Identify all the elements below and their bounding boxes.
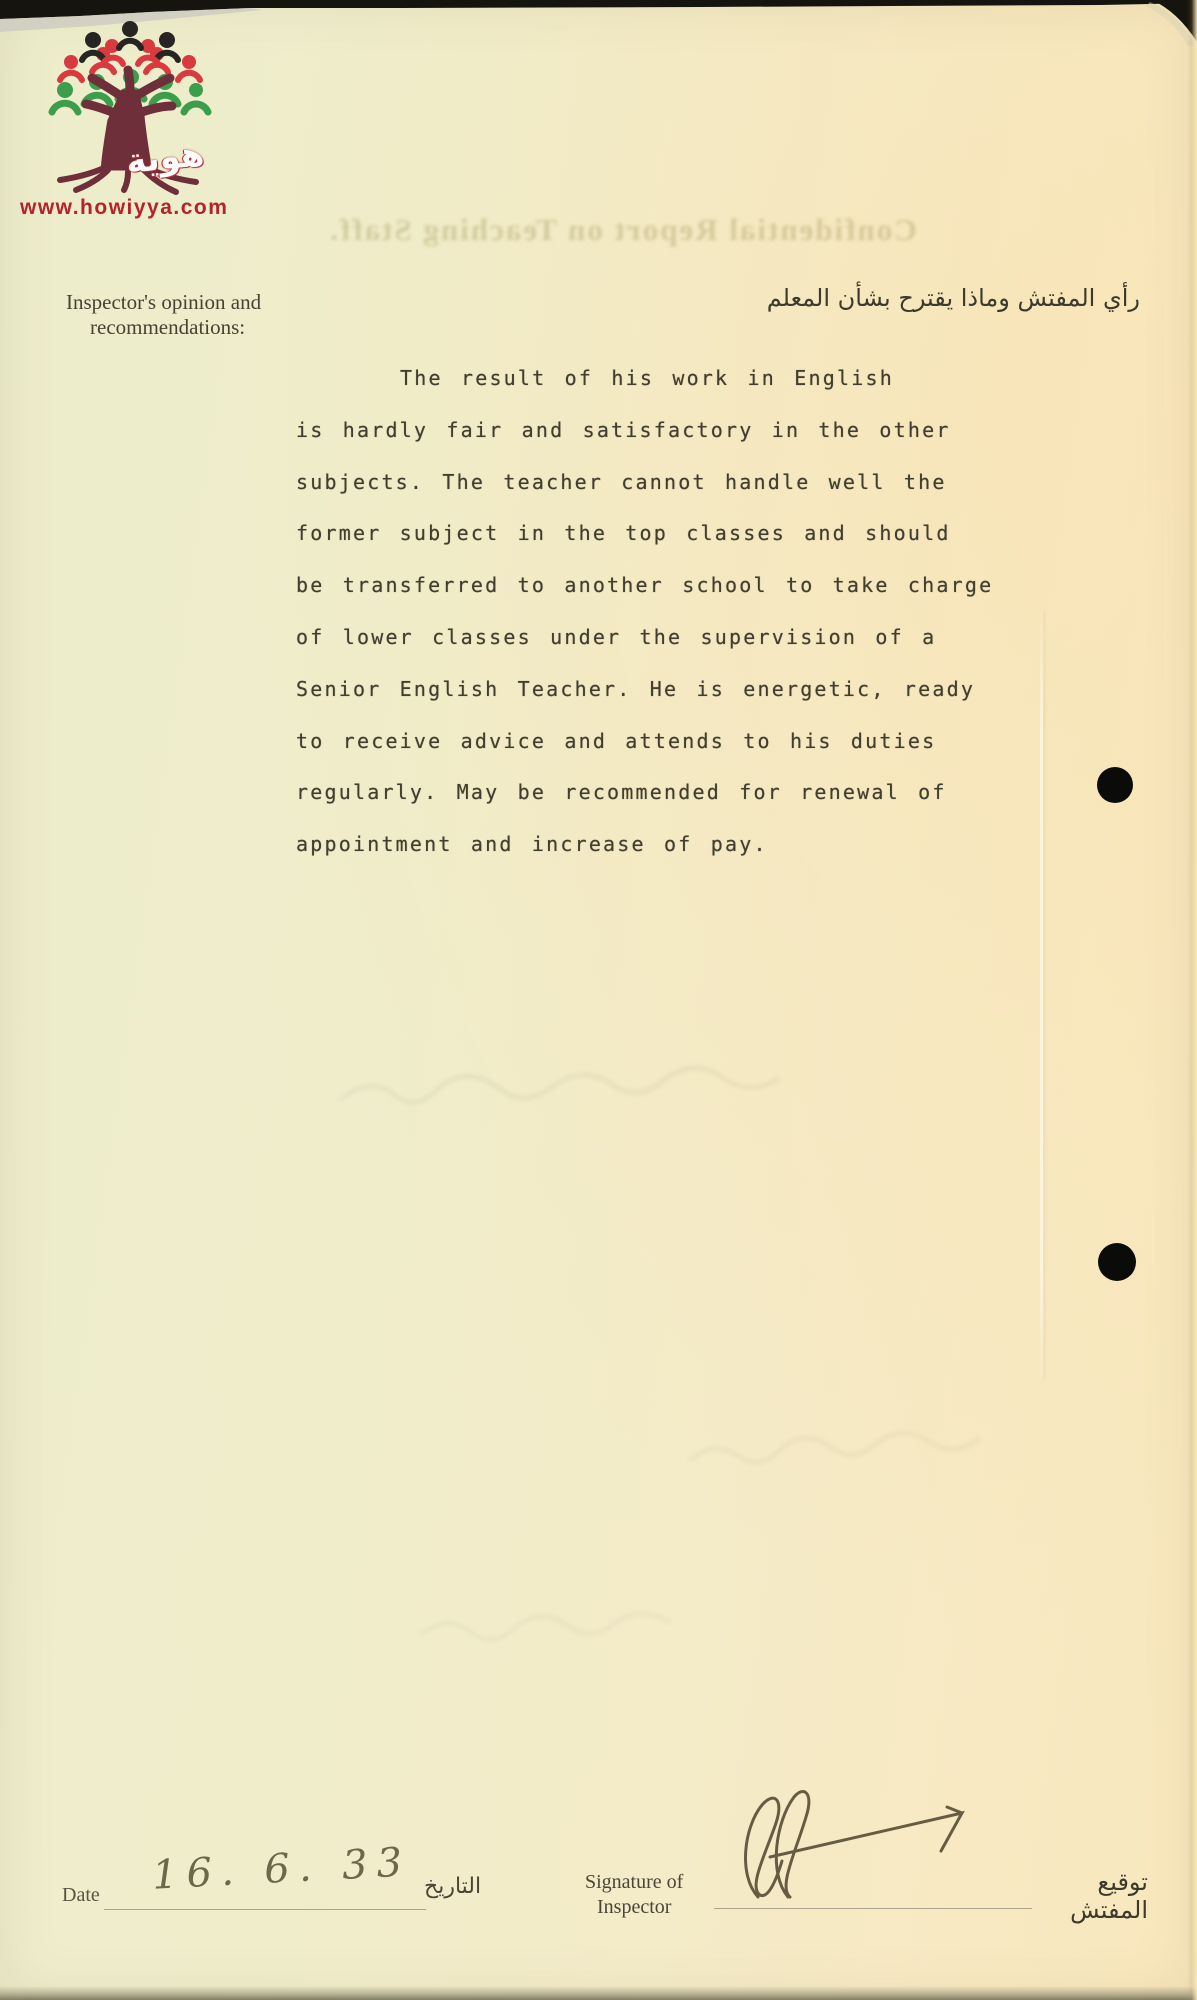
ghost-scribble: [410, 1590, 770, 1670]
arabic-opinion-label: رأي المفتش وماذا يقترح بشأن المعلم: [660, 284, 1140, 312]
body-line: of lower classes under the supervision o…: [296, 625, 1016, 677]
body-line: Senior English Teacher. He is energetic,…: [296, 677, 1016, 729]
signature-label-arabic: توقيع المفتش: [1018, 1868, 1148, 1924]
body-line: appointment and increase of pay.: [296, 832, 1016, 884]
signature-label: Signature of Inspector: [585, 1870, 683, 1920]
body-line: regularly. May be recommended for renewa…: [296, 780, 1016, 832]
date-label: Date: [62, 1884, 100, 1907]
report-body: The result of his work in English is har…: [296, 366, 1016, 884]
signature-label-line2: Inspector: [585, 1895, 683, 1920]
date-label-arabic: التاريخ: [424, 1874, 481, 1899]
date-value-handwritten: 16. 6. 33: [151, 1839, 413, 1899]
signature-label-line1: Signature of: [585, 1870, 683, 1895]
hole-punch-dot: [1097, 767, 1133, 803]
scanned-document-page: هوية www.howiyya.com Confidential Report…: [0, 0, 1197, 2000]
bottom-edge: [0, 1986, 1197, 2000]
body-line: to receive advice and attends to his dut…: [296, 729, 1016, 781]
inspector-opinion-label: Inspector's opinion and recommendations:: [66, 290, 326, 340]
ghost-scribble: [680, 1410, 1060, 1490]
ghost-scribble: [330, 1040, 930, 1130]
right-edge-shading: [1187, 0, 1197, 2000]
body-line: be transferred to another school to take…: [296, 573, 1016, 625]
date-line: [104, 1909, 426, 1910]
howiyya-tree-logo-icon: هوية: [48, 20, 212, 204]
inspector-opinion-label-line2: recommendations:: [66, 315, 326, 340]
body-line: former subject in the top classes and sh…: [296, 521, 1016, 573]
inspector-opinion-label-line1: Inspector's opinion and: [66, 290, 326, 315]
body-line: is hardly fair and satisfactory in the o…: [296, 418, 1016, 470]
ghost-bleedthrough-title: Confidential Report on Teaching Staff.: [295, 212, 950, 248]
body-line: The result of his work in English: [296, 366, 1016, 418]
body-line: subjects. The teacher cannot handle well…: [296, 470, 1016, 522]
inspector-signature-scribble: [700, 1765, 1020, 1915]
hole-punch-dot: [1098, 1243, 1136, 1281]
logo-url-text: www.howiyya.com: [20, 196, 220, 220]
crease-line: [1040, 610, 1043, 1380]
